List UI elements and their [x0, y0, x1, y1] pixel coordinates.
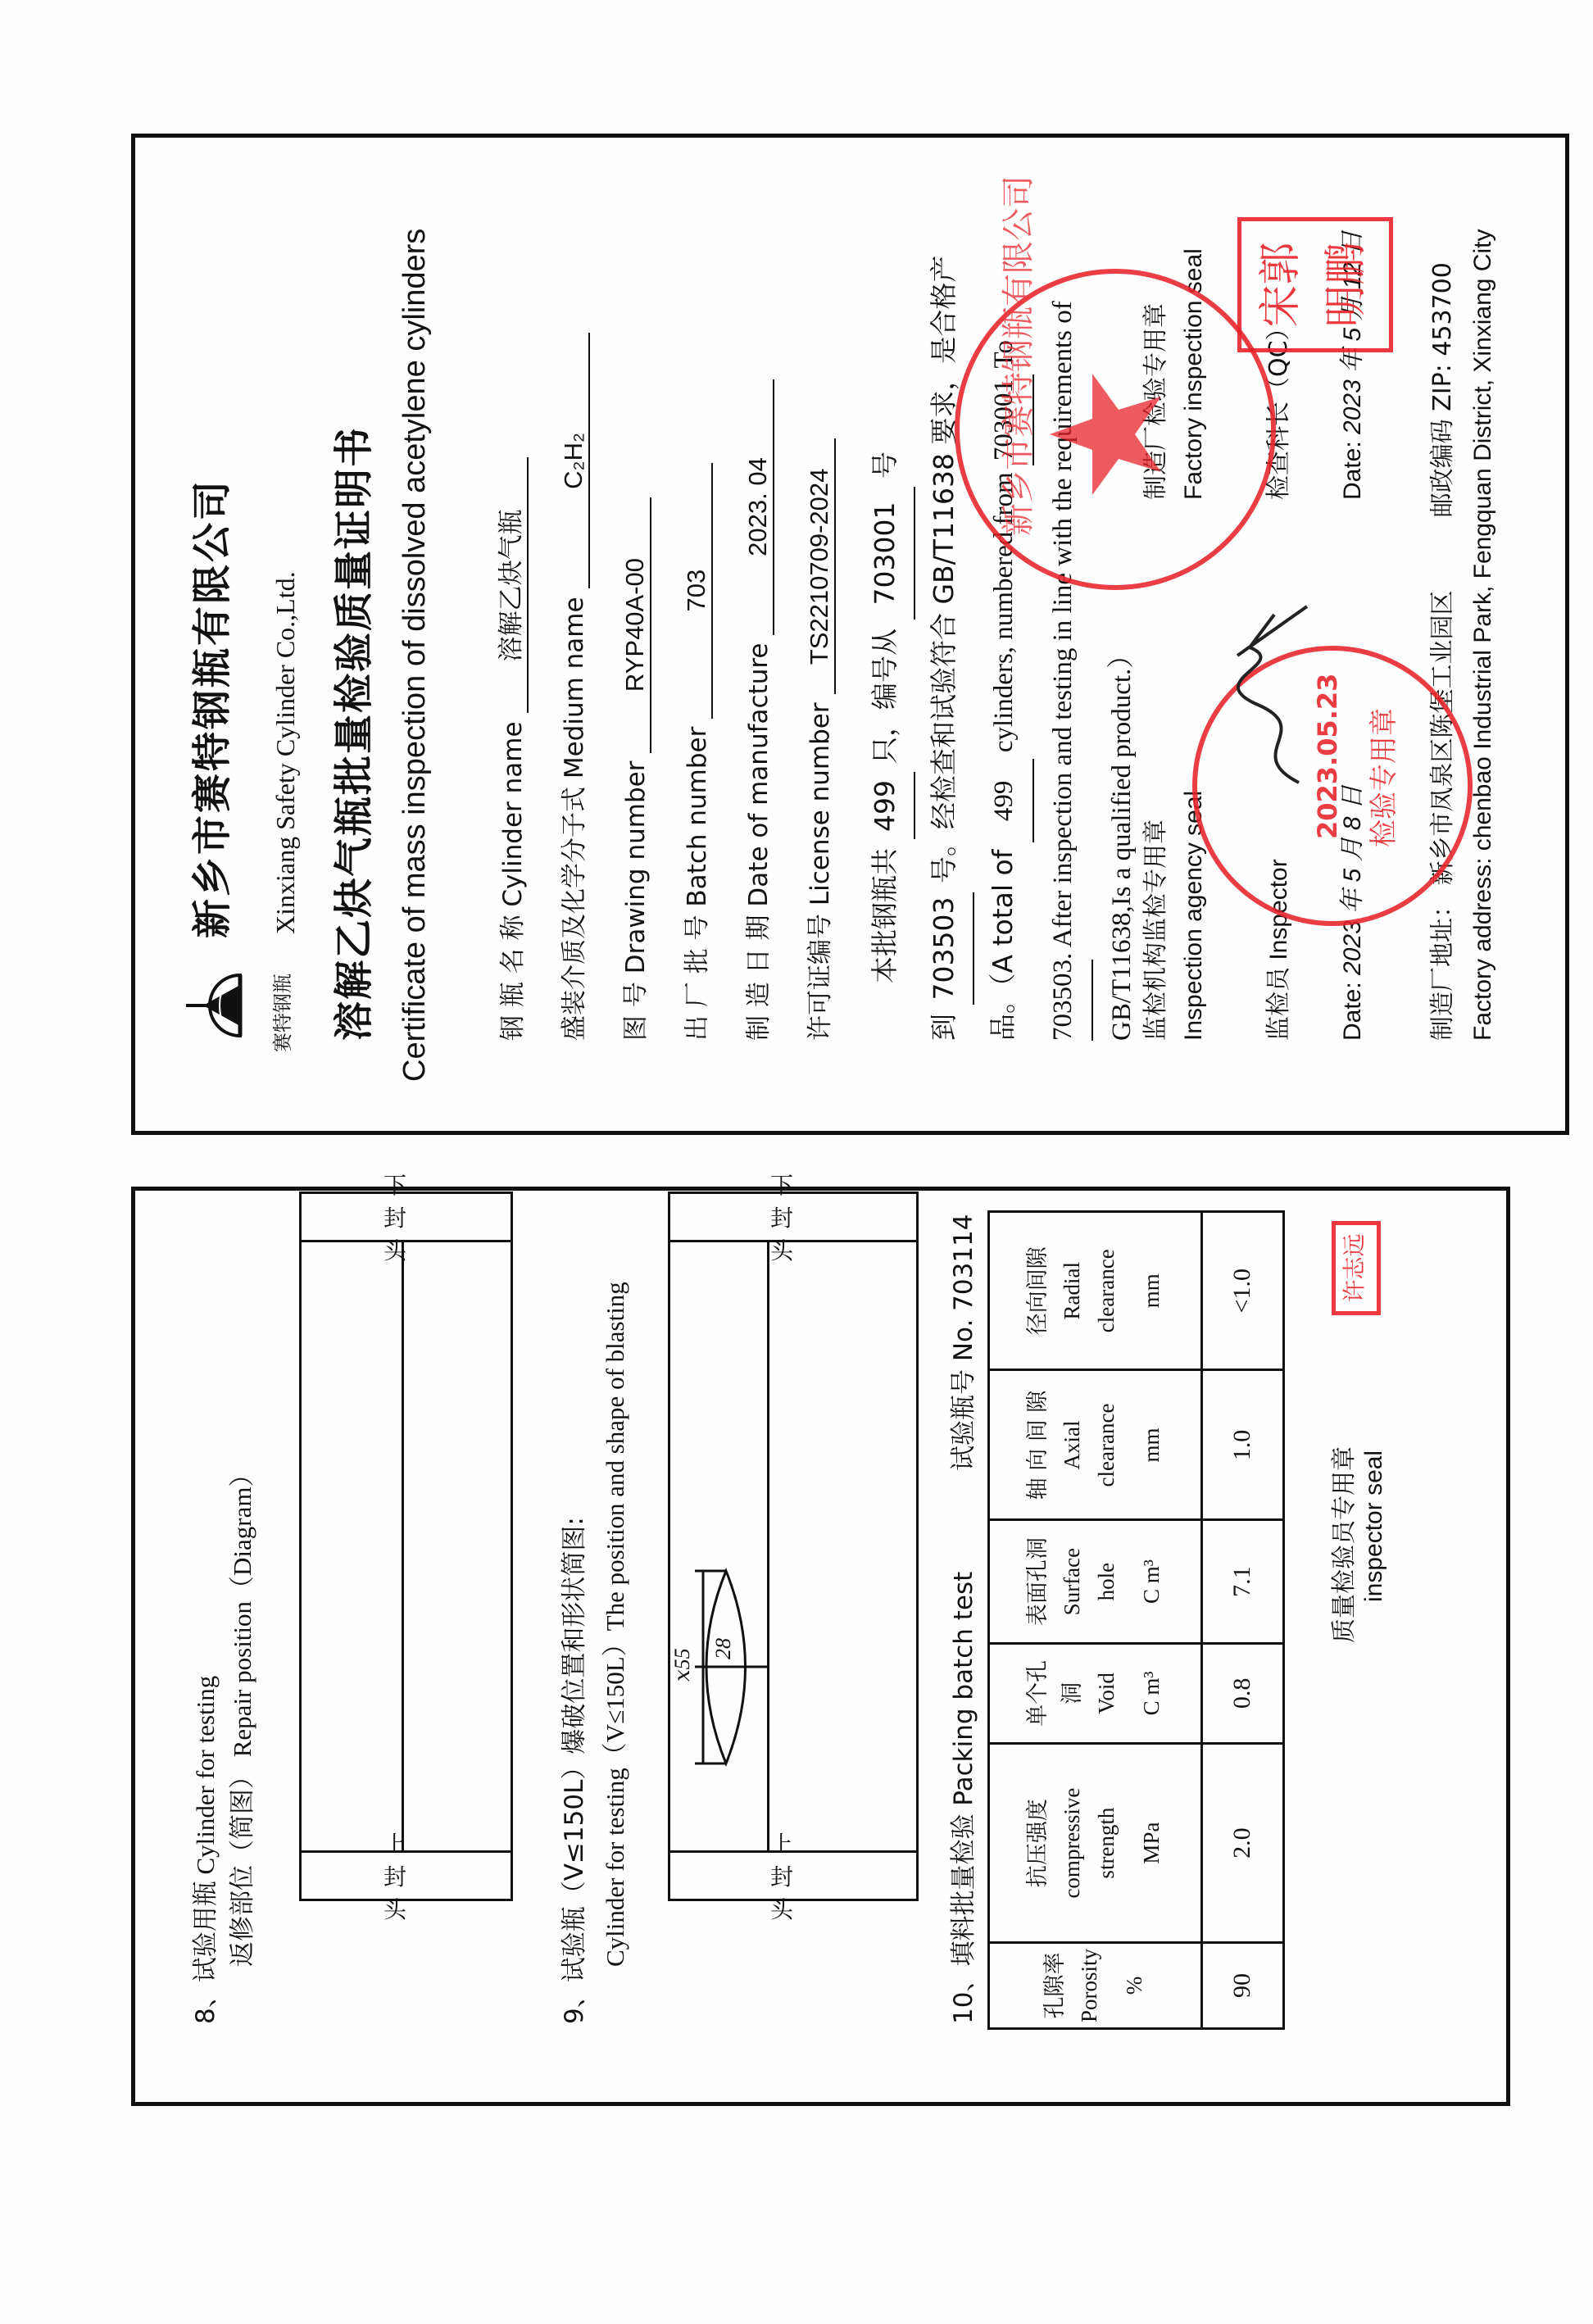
logo-caption: 赛特钢瓶 — [266, 974, 295, 1052]
table-cell: <1.0 — [1202, 1212, 1284, 1370]
inspector-stamp: 许志远 — [1332, 1221, 1381, 1315]
field-row: 出 厂 批 号 Batch number703 — [651, 333, 713, 1041]
table-cell: 2.0 — [1202, 1744, 1284, 1943]
blast-cylinder-diagram: 上封头 下封头 ⅹ55 28 — [668, 1192, 919, 1901]
certificate-panel: 赛特钢瓶 新乡市赛特钢瓶有限公司 Xinxiang Safety Cylinde… — [131, 134, 1569, 1135]
item8-title: 8、试验用瓶 Cylinder for testing — [184, 1676, 221, 2024]
inspector-signature — [1225, 598, 1323, 787]
cylinder-count: 499 — [856, 773, 915, 840]
factory-round-stamp: 新乡市赛特钢瓶有限公司 — [955, 269, 1276, 590]
blast-length-label: ⅹ55 — [670, 1648, 695, 1682]
zip-code: 453700 — [1428, 262, 1457, 356]
field-value: 703 — [682, 463, 713, 719]
test-cylinder-number: 试验瓶号 No. 703114 — [942, 1214, 979, 1471]
field-label: 出 厂 批 号 Batch number — [676, 727, 713, 1041]
number-to: 703503 — [915, 892, 974, 1005]
field-label: 盛装介质及化学分子式 Medium name — [553, 597, 590, 1041]
field-label: 钢 瓶 名 称 Cylinder name — [492, 721, 529, 1041]
item8-subtitle: 返修部位（简图） Repair position（Diagram） — [221, 1462, 258, 1968]
globe-gear-logo-icon — [183, 969, 256, 1042]
field-value: RYP40A-00 — [620, 497, 651, 753]
item9-title: 9、试验瓶（V≤150L）爆破位置和形状简图: — [553, 1517, 590, 2024]
table-row: 902.00.87.11.0<1.0 — [1202, 1212, 1284, 2029]
blast-shape — [670, 1194, 916, 1899]
factory-address-cn: 制造厂地址： 新乡市凤泉区陈堡工业园区 邮政编码 ZIP: 453700 — [1422, 262, 1458, 1041]
inspector-seal-label-en: inspector seal — [1360, 1450, 1388, 1602]
repair-cylinder-diagram: 上封头 下封头 — [299, 1192, 513, 1901]
blast-width-label: 28 — [711, 1638, 736, 1659]
title-cn: 溶解乙炔气瓶批量检验质量证明书 — [322, 426, 379, 1041]
field-row: 图 号 Drawing numberRYP40A-00 — [590, 333, 651, 1041]
table-cell: 0.8 — [1202, 1643, 1284, 1743]
field-label: 许可证编号 License number — [799, 702, 836, 1041]
company-name-en: Xinxiang Safety Cylinder Co.,Ltd. — [270, 571, 301, 934]
field-row: 盛装介质及化学分子式 Medium nameC₂H₂ — [529, 333, 590, 1041]
table-cell: 90 — [1202, 1942, 1284, 2028]
table-cell: 1.0 — [1202, 1370, 1284, 1520]
table-header-cell: 抗压强度compressive strengthMPa — [989, 1744, 1202, 1943]
field-value: TS2210709-2024 — [805, 438, 836, 694]
qc-square-stamp: 宋郭 明鹏 — [1237, 217, 1393, 352]
field-value: 溶解乙炔气瓶 — [490, 457, 529, 713]
agency-seal-label-cn: 监检机构监检专用章 — [1135, 819, 1171, 1041]
number-from: 703001 — [856, 488, 915, 620]
table-header-cell: 单个孔洞VoidC m³ — [989, 1643, 1202, 1743]
field-row: 许可证编号 License numberTS2210709-2024 — [774, 333, 836, 1041]
factory-address-en: Factory address: chenbao Industrial Park… — [1469, 229, 1497, 1041]
table-header-row: 孔隙率Porosity%抗压强度compressive strengthMPa单… — [989, 1212, 1202, 2029]
field-label: 图 号 Drawing number — [615, 761, 651, 1041]
title-en: Certificate of mass inspection of dissol… — [397, 229, 433, 1082]
company-name-cn: 新乡市赛特钢瓶有限公司 — [180, 479, 237, 938]
field-value: 2023. 04 — [743, 379, 774, 635]
table-header-cell: 径向间隙Radial clearancemm — [989, 1212, 1202, 1370]
field-value: C₂H₂ — [559, 333, 590, 588]
field-row: 钢 瓶 名 称 Cylinder name溶解乙炔气瓶 — [467, 333, 529, 1041]
packing-test-table: 孔隙率Porosity%抗压强度compressive strengthMPa单… — [987, 1210, 1285, 2030]
table-header-cell: 表面孔洞Surface holeC m³ — [989, 1520, 1202, 1643]
field-label: 制 造 日 期 Date of manufacture — [737, 643, 774, 1041]
inspector-seal-label-cn: 质量检验员专用章 — [1323, 1446, 1359, 1643]
table-cell: 7.1 — [1202, 1520, 1284, 1643]
table-header-cell: 孔隙率Porosity% — [989, 1942, 1202, 2028]
item10-title: 10、填料批量检验 Packing batch test — [942, 1572, 979, 2024]
item9-subtitle: Cylinder for testing（V≤150L）The position… — [594, 1282, 631, 1967]
field-row: 制 造 日 期 Date of manufacture2023. 04 — [713, 333, 774, 1041]
table-header-cell: 轴 向 间 隙Axial clearancemm — [989, 1370, 1202, 1520]
company-logo — [183, 969, 256, 1042]
field-list: 钢 瓶 名 称 Cylinder name溶解乙炔气瓶盛装介质及化学分子式 Me… — [467, 333, 836, 1041]
test-sheet-panel: 8、试验用瓶 Cylinder for testing 返修部位（简图） Rep… — [131, 1187, 1510, 2106]
